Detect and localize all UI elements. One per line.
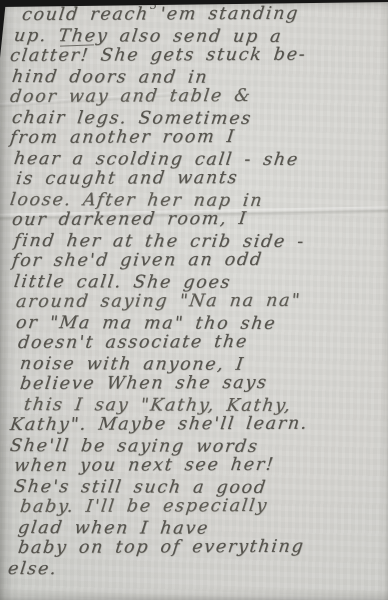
handwritten-line: believe When she says [19, 372, 388, 394]
handwritten-letter-scan: 3 could reach 'em standingup. They also … [0, 0, 388, 600]
handwritten-line: Kathy". Maybe she'll learn. [9, 413, 388, 435]
handwritten-line: clatter! She gets stuck be- [9, 44, 388, 66]
handwritten-line: around saying "Na na na" [15, 290, 388, 312]
handwritten-line: door way and table & [9, 85, 388, 107]
letter-body: could reach 'em standingup. They also se… [0, 5, 388, 579]
handwritten-line: our darkened room, I [11, 208, 388, 230]
handwritten-line: else. [7, 559, 388, 581]
handwritten-line: is caught and wants [15, 167, 388, 189]
handwritten-line: doesn't associate the [17, 331, 388, 353]
handwritten-line: baby on top of everything [17, 536, 388, 558]
handwritten-line: baby. I'll be especially [19, 495, 388, 517]
handwritten-line: from another room I [9, 126, 388, 148]
handwritten-line: when you next see her! [13, 454, 388, 476]
handwritten-line: for she'd given an odd [11, 249, 388, 271]
handwritten-line: could reach 'em standing [21, 3, 388, 25]
